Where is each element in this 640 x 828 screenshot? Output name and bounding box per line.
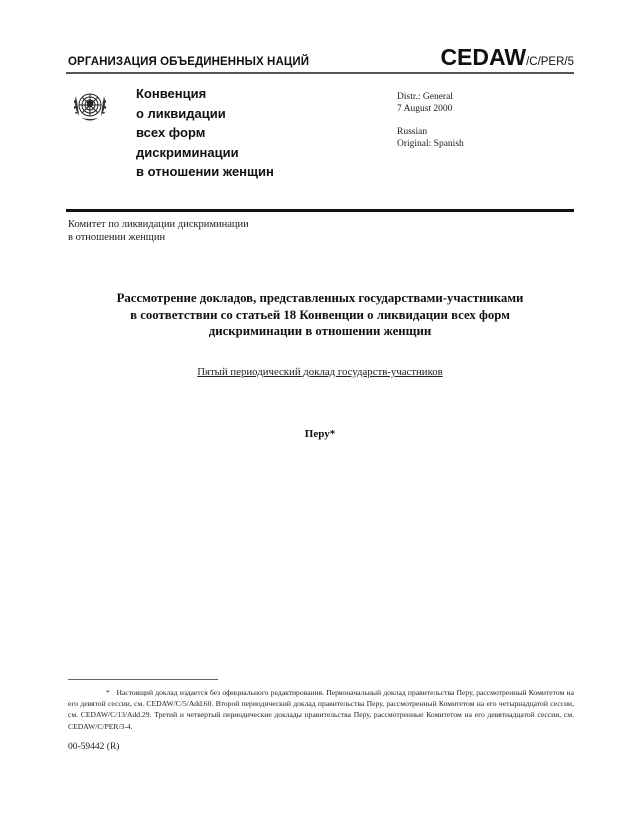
document-title: Рассмотрение докладов, представленных го… xyxy=(66,290,574,340)
footnote: * Настоящий доклад издается без официаль… xyxy=(68,687,574,732)
issue-date: 7 August 2000 xyxy=(397,103,464,115)
footnote-marker: * xyxy=(106,688,110,697)
document-page: ОРГАНИЗАЦИЯ ОБЪЕДИНЕННЫХ НАЦИЙ CEDAW/C/P… xyxy=(0,0,640,828)
organization-name: ОРГАНИЗАЦИЯ ОБЪЕДИНЕННЫХ НАЦИЙ xyxy=(68,56,309,68)
convention-title: Конвенция о ликвидации всех форм дискрим… xyxy=(136,84,274,182)
country-name: Перу* xyxy=(66,428,574,440)
committee-name: Комитет по ликвидации дискриминации в от… xyxy=(68,218,249,244)
symbol-main: CEDAW xyxy=(440,44,526,70)
committee-line: Комитет по ликвидации дискриминации xyxy=(68,218,249,231)
title-line: дискриминации в отношении женщин xyxy=(66,323,574,340)
convention-line: всех форм xyxy=(136,123,274,143)
subtitle-text: Пятый периодический доклад государств-уч… xyxy=(197,366,443,378)
report-subtitle: Пятый периодический доклад государств-уч… xyxy=(66,366,574,378)
header-divider xyxy=(66,72,574,74)
language: Russian xyxy=(397,126,464,138)
convention-line: Конвенция xyxy=(136,84,274,104)
symbol-suffix: /C/PER/5 xyxy=(526,56,574,68)
distribution: Distr.: General xyxy=(397,91,464,103)
convention-line: дискриминации xyxy=(136,143,274,163)
footnote-text: Настоящий доклад издается без официально… xyxy=(68,688,574,731)
original-language: Original: Spanish xyxy=(397,138,464,150)
title-line: Рассмотрение докладов, представленных го… xyxy=(66,290,574,307)
committee-line: в отношении женщин xyxy=(68,231,249,244)
document-number: 00-59442 (R) xyxy=(68,742,119,752)
convention-line: о ликвидации xyxy=(136,104,274,124)
section-divider xyxy=(66,209,574,212)
document-symbol: CEDAW/C/PER/5 xyxy=(440,44,574,71)
title-line: в соответствии со статьей 18 Конвенции о… xyxy=(66,307,574,324)
document-metadata: Distr.: General 7 August 2000 Russian Or… xyxy=(397,91,464,150)
footnote-divider xyxy=(68,679,218,680)
un-emblem-icon xyxy=(70,86,110,126)
convention-line: в отношении женщин xyxy=(136,162,274,182)
